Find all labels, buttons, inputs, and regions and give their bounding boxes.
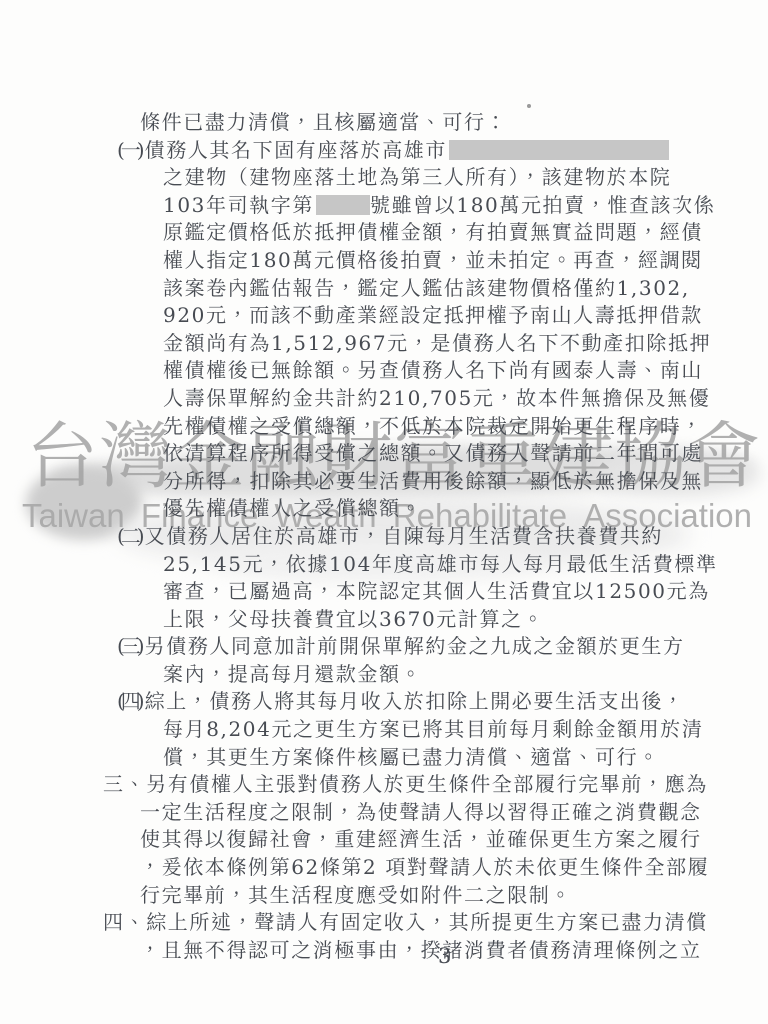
text-line: 人壽保單解約金共計約210,705元，故本件無擔保及無優: [103, 385, 718, 413]
text-line: 權債權後已無餘額。另查債務人名下尚有國泰人壽、南山: [103, 357, 718, 385]
text-run: 之建物（建物座落土地為第三人所有），該建物於本院: [163, 165, 671, 189]
text-line: 每月8,204元之更生方案已將其目前每月剩餘金額用於清: [103, 716, 718, 744]
text-line: 三、另有債權人主張對債務人於更生條件全部履行完畢前，應為: [103, 771, 718, 799]
text-run: 分所得，扣除其必要生活費用後餘額，顯低於無擔保及無: [163, 469, 703, 493]
text-line: 上限，父母扶養費宜以3670元計算之。: [103, 606, 718, 634]
redaction-box: [449, 140, 669, 160]
text-run: 金額尚有為1,512,967元，是債務人名下不動產扣除抵押: [163, 331, 711, 355]
list-marker: (一): [117, 138, 141, 162]
text-run: 先權債權之受償總額，不低於本院裁定開始更生程序時，: [163, 414, 703, 438]
text-run: 債務人其名下固有座落於高雄市: [145, 138, 447, 162]
text-line: 920元，而該不動產業經設定抵押權予南山人壽抵押借款: [103, 302, 718, 330]
text-run: 權人指定180萬元價格後拍賣，並未拍定。再查，經調閱: [163, 248, 703, 272]
text-run: 人壽保單解約金共計約210,705元，故本件無擔保及無優: [163, 386, 711, 410]
text-line: 償，其更生方案條件核屬已盡力清償、適當、可行。: [103, 744, 718, 772]
page-number: 3: [438, 944, 451, 968]
text-run: 行完畢前，其生活程度應受如附件二之限制。: [140, 883, 572, 907]
text-run: 原鑑定價格低於抵押債權金額，有拍賣無實益問題，經債: [163, 220, 703, 244]
text-run: 25,145元，依據104年度高雄市每人每月最低生活費標準: [163, 552, 718, 576]
text-line: 原鑑定價格低於抵押債權金額，有拍賣無實益問題，經債: [103, 219, 718, 247]
text-run: 103年司執字第: [163, 193, 314, 217]
text-line: 一定生活程度之限制，為使聲請人得以習得正確之消費觀念: [103, 799, 718, 827]
watermark-character: 台: [26, 416, 98, 496]
text-run: 號雖曾以180萬元拍賣，惟查該次係: [370, 193, 715, 217]
text-run: 審查，已屬過高，本院認定其個人生活費宜以12500元為: [163, 579, 710, 603]
text-run: 又債務人居住於高雄市，自陳每月生活費含扶養費共約: [145, 524, 663, 548]
document-page: 台灣金融財富重建協會 TaiwanFinanceWealthRehabilita…: [0, 0, 768, 1024]
document-body: 條件已盡力清償，且核屬適當、可行：(一)債務人其名下固有座落於高雄市之建物（建物…: [103, 109, 718, 964]
text-run: 依清算程序所得受償之總額。又債務人聲請前二年間可處: [163, 441, 703, 465]
text-line: 103年司執字第號雖曾以180萬元拍賣，惟查該次係: [103, 192, 718, 220]
text-run: 另債務人同意加計前開保單解約金之九成之金額於更生方: [145, 634, 685, 658]
text-line: 依清算程序所得受償之總額。又債務人聲請前二年間可處: [103, 440, 718, 468]
text-run: 該案卷內鑑估報告，鑑定人鑑估該建物價格僅約1,302,: [163, 276, 690, 300]
text-line: ，且無不得認可之消極事由，揆諸消費者債務清理條例之立: [103, 937, 718, 965]
text-line: 金額尚有為1,512,967元，是債務人名下不動產扣除抵押: [103, 330, 718, 358]
text-line: 25,145元，依據104年度高雄市每人每月最低生活費標準: [103, 551, 718, 579]
text-line: 審查，已屬過高，本院認定其個人生活費宜以12500元為: [103, 578, 718, 606]
scan-speck: [527, 104, 531, 108]
text-line: 權人指定180萬元價格後拍賣，並未拍定。再查，經調閱: [103, 247, 718, 275]
text-line: 優先權債權人之受償總額。: [103, 495, 718, 523]
text-run: 優先權債權人之受償總額。: [163, 496, 422, 520]
text-line: 條件已盡力清償，且核屬適當、可行：: [103, 109, 718, 137]
text-line: 分所得，扣除其必要生活費用後餘額，顯低於無擔保及無: [103, 468, 718, 496]
text-line: 使其得以復歸社會，重建經濟生活，並確保更生方案之履行: [103, 826, 718, 854]
text-run: 三、另有債權人主張對債務人於更生條件全部履行完畢前，應為: [103, 772, 708, 796]
text-run: 920元，而該不動產業經設定抵押權予南山人壽抵押借款: [163, 303, 703, 327]
text-run: ，爰依本條例第62條第2 項對聲請人於未依更生條件全部履: [140, 855, 709, 879]
text-line: (四)綜上，債務人將其每月收入於扣除上開必要生活支出後，: [103, 688, 718, 716]
redaction-box: [316, 195, 370, 215]
text-run: 上限，父母扶養費宜以3670元計算之。: [163, 607, 544, 631]
text-line: (一)債務人其名下固有座落於高雄市: [103, 137, 718, 165]
text-line: 先權債權之受償總額，不低於本院裁定開始更生程序時，: [103, 413, 718, 441]
text-run: 四、綜上所述，聲請人有固定收入，其所提更生方案已盡力清償: [103, 910, 708, 934]
text-line: 四、綜上所述，聲請人有固定收入，其所提更生方案已盡力清償: [103, 909, 718, 937]
text-line: (三)另債務人同意加計前開保單解約金之九成之金額於更生方: [103, 633, 718, 661]
text-run: 使其得以復歸社會，重建經濟生活，並確保更生方案之履行: [140, 827, 702, 851]
text-line: 該案卷內鑑估報告，鑑定人鑑估該建物價格僅約1,302,: [103, 275, 718, 303]
text-line: (二)又債務人居住於高雄市，自陳每月生活費含扶養費共約: [103, 523, 718, 551]
text-run: ，且無不得認可之消極事由，揆諸消費者債務清理條例之立: [140, 938, 702, 962]
text-line: 案內，提高每月還款金額。: [103, 661, 718, 689]
list-marker: (三): [117, 634, 141, 658]
list-marker: (二): [117, 524, 141, 548]
text-run: 綜上，債務人將其每月收入於扣除上開必要生活支出後，: [145, 689, 685, 713]
text-run: 每月8,204元之更生方案已將其目前每月剩餘金額用於清: [163, 717, 703, 741]
text-line: 行完畢前，其生活程度應受如附件二之限制。: [103, 882, 718, 910]
text-run: 償，其更生方案條件核屬已盡力清償、適當、可行。: [163, 745, 660, 769]
text-run: 權債權後已無餘額。另查債務人名下尚有國泰人壽、南山: [163, 358, 703, 382]
text-run: 一定生活程度之限制，為使聲請人得以習得正確之消費觀念: [140, 800, 702, 824]
text-run: 案內，提高每月還款金額。: [163, 662, 422, 686]
text-run: 條件已盡力清償，且核屬適當、可行：: [140, 110, 507, 134]
list-marker: (四): [117, 689, 141, 713]
text-line: 之建物（建物座落土地為第三人所有），該建物於本院: [103, 164, 718, 192]
text-line: ，爰依本條例第62條第2 項對聲請人於未依更生條件全部履: [103, 854, 718, 882]
